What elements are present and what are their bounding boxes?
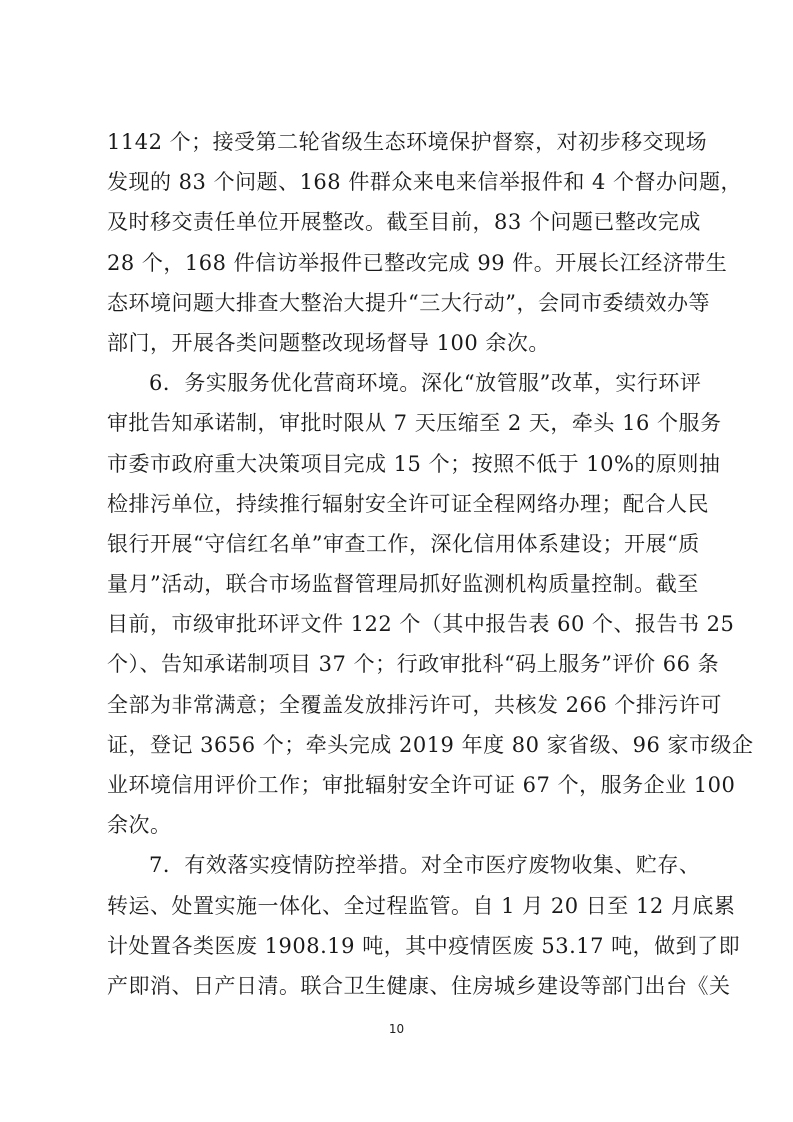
text-line: 转运、处置实施一体化、全过程监管。自 1 月 20 日至 12 月底累	[107, 886, 692, 926]
text-line: 及时移交责任单位开展整改。截至目前，83 个问题已整改完成	[107, 202, 692, 242]
text-line: 检排污单位，持续推行辐射安全许可证全程网络办理；配合人民	[107, 484, 692, 524]
text-line: 28 个，168 件信访举报件已整改完成 99 件。开展长江经济带生	[107, 243, 692, 283]
text-line: 审批告知承诺制，审批时限从 7 天压缩至 2 天，牵头 16 个服务	[107, 403, 692, 443]
text-line: 市委市政府重大决策项目完成 15 个；按照不低于 10%的原则抽	[107, 444, 692, 484]
text-line: 银行开展“守信红名单”审查工作，深化信用体系建设；开展“质	[107, 524, 692, 564]
text-line: 业环境信用评价工作；审批辐射安全许可证 67 个，服务企业 100	[107, 765, 692, 805]
paragraph-continued: 1142 个；接受第二轮省级生态环境保护督察，对初步移交现场 发现的 83 个问…	[107, 122, 692, 363]
text-line: 量月”活动，联合市场监督管理局抓好监测机构质量控制。截至	[107, 564, 692, 604]
section-heading-line: 6．务实服务优化营商环境。深化“放管服”改革，实行环评	[107, 363, 692, 403]
text-line: 全部为非常满意；全覆盖发放排污许可，共核发 266 个排污许可	[107, 685, 692, 725]
text-line: 部门，开展各类问题整改现场督导 100 余次。	[107, 323, 692, 363]
text-line: 计处置各类医废 1908.19 吨，其中疫情医废 53.17 吨，做到了即	[107, 926, 692, 966]
paragraph-section-7: 7．有效落实疫情防控举措。对全市医疗废物收集、贮存、 转运、处置实施一体化、全过…	[107, 845, 692, 1006]
paragraph-section-6: 6．务实服务优化营商环境。深化“放管服”改革，实行环评 审批告知承诺制，审批时限…	[107, 363, 692, 845]
page-number: 10	[0, 1022, 793, 1036]
document-page: 1142 个；接受第二轮省级生态环境保护督察，对初步移交现场 发现的 83 个问…	[0, 0, 793, 1122]
text-line: 1142 个；接受第二轮省级生态环境保护督察，对初步移交现场	[107, 122, 692, 162]
text-line: 个）、告知承诺制项目 37 个；行政审批科“码上服务”评价 66 条	[107, 644, 692, 684]
text-line: 态环境问题大排查大整治大提升“三大行动”，会同市委绩效办等	[107, 283, 692, 323]
text-line: 证，登记 3656 个；牵头完成 2019 年度 80 家省级、96 家市级企	[107, 725, 692, 765]
body-text: 1142 个；接受第二轮省级生态环境保护督察，对初步移交现场 发现的 83 个问…	[107, 122, 692, 1006]
text-line: 余次。	[107, 805, 692, 845]
section-heading-line: 7．有效落实疫情防控举措。对全市医疗废物收集、贮存、	[107, 845, 692, 885]
text-line: 发现的 83 个问题、168 件群众来电来信举报件和 4 个督办问题，	[107, 162, 692, 202]
text-line: 产即消、日产日清。联合卫生健康、住房城乡建设等部门出台《关	[107, 966, 692, 1006]
text-line: 目前，市级审批环评文件 122 个（其中报告表 60 个、报告书 25	[107, 604, 692, 644]
